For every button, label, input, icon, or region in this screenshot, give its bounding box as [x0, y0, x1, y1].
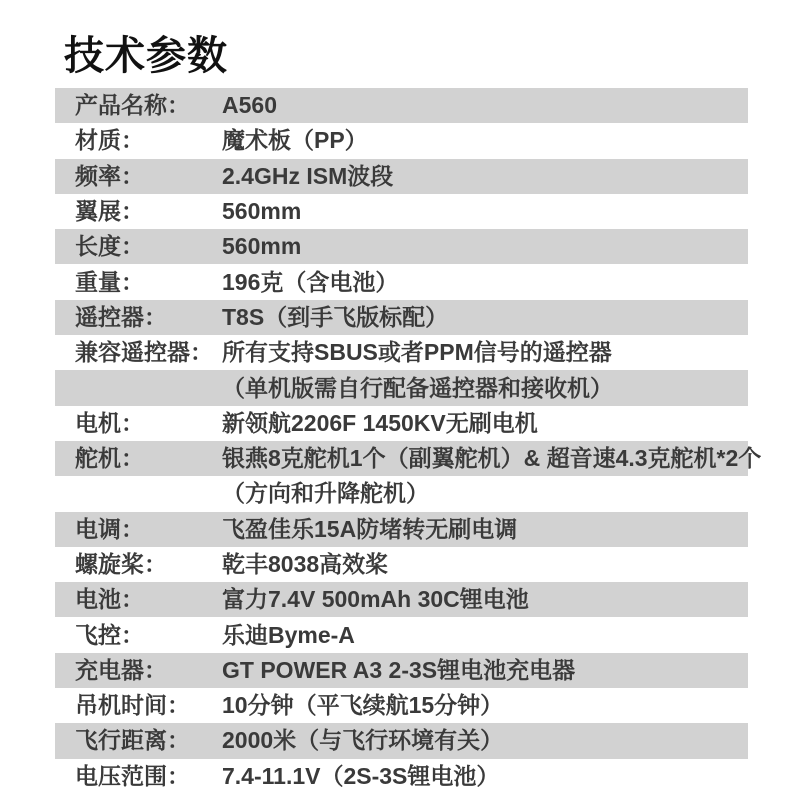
spec-value: 乐迪Byme-A: [222, 624, 748, 647]
spec-value: 7.4-11.1V（2S-3S锂电池）: [222, 765, 748, 788]
table-row: 舵机： 银燕8克舵机1个（副翼舵机）& 超音速4.3克舵机*2个: [55, 441, 748, 476]
table-row: 遥控器： T8S（到手飞版标配）: [55, 300, 748, 335]
spec-value: （单机版需自行配备遥控器和接收机）: [222, 377, 748, 400]
spec-label: 舵机：: [55, 447, 222, 470]
spec-label: 频率：: [55, 165, 222, 188]
table-row: （单机版需自行配备遥控器和接收机）: [55, 370, 748, 405]
spec-value: 富力7.4V 500mAh 30C锂电池: [222, 588, 748, 611]
spec-value: 2000米（与飞行环境有关）: [222, 729, 748, 752]
spec-label: 电调：: [55, 518, 222, 541]
spec-value: A560: [222, 94, 748, 117]
table-row: 螺旋桨： 乾丰8038高效桨: [55, 547, 748, 582]
spec-label: 吊机时间：: [55, 694, 222, 717]
spec-value: 新领航2206F 1450KV无刷电机: [222, 412, 748, 435]
spec-label: 兼容遥控器：: [55, 341, 222, 364]
spec-value: T8S（到手飞版标配）: [222, 306, 748, 329]
table-row: 翼展： 560mm: [55, 194, 748, 229]
table-row: 飞行距离： 2000米（与飞行环境有关）: [55, 723, 748, 758]
spec-label: 飞行距离：: [55, 729, 222, 752]
table-row: 产品名称： A560: [55, 88, 748, 123]
table-row: 电压范围： 7.4-11.1V（2S-3S锂电池）: [55, 759, 748, 794]
spec-page: 技术参数 产品名称： A560 材质： 魔术板（PP） 频率： 2.4GHz I…: [0, 0, 800, 800]
table-row: 电池： 富力7.4V 500mAh 30C锂电池: [55, 582, 748, 617]
table-row: 充电器： GT POWER A3 2-3S锂电池充电器: [55, 653, 748, 688]
spec-value: （方向和升降舵机）: [222, 482, 748, 505]
spec-value: 10分钟（平飞续航15分钟）: [222, 694, 748, 717]
spec-label: 电压范围：: [55, 765, 222, 788]
spec-label: 材质：: [55, 129, 222, 152]
table-row: 兼容遥控器： 所有支持SBUS或者PPM信号的遥控器: [55, 335, 748, 370]
table-row: 飞控： 乐迪Byme-A: [55, 617, 748, 652]
spec-value: 196克（含电池）: [222, 271, 748, 294]
spec-label: 电机：: [55, 412, 222, 435]
spec-value: GT POWER A3 2-3S锂电池充电器: [222, 659, 748, 682]
table-row: 长度： 560mm: [55, 229, 748, 264]
spec-value: 560mm: [222, 200, 748, 223]
spec-value: 银燕8克舵机1个（副翼舵机）& 超音速4.3克舵机*2个: [222, 447, 761, 470]
spec-label: 充电器：: [55, 659, 222, 682]
spec-value: 飞盈佳乐15A防堵转无刷电调: [222, 518, 748, 541]
spec-value: 乾丰8038高效桨: [222, 553, 748, 576]
spec-label: 长度：: [55, 235, 222, 258]
table-row: 电机： 新领航2206F 1450KV无刷电机: [55, 406, 748, 441]
spec-label: 翼展：: [55, 200, 222, 223]
spec-value: 2.4GHz ISM波段: [222, 165, 748, 188]
table-row: （方向和升降舵机）: [55, 476, 748, 511]
spec-value: 560mm: [222, 235, 748, 258]
spec-label: 电池：: [55, 588, 222, 611]
spec-label: 重量：: [55, 271, 222, 294]
table-row: 吊机时间： 10分钟（平飞续航15分钟）: [55, 688, 748, 723]
spec-label: 遥控器：: [55, 306, 222, 329]
spec-table: 产品名称： A560 材质： 魔术板（PP） 频率： 2.4GHz ISM波段 …: [55, 88, 748, 794]
page-title: 技术参数: [64, 24, 228, 81]
spec-value: 所有支持SBUS或者PPM信号的遥控器: [222, 341, 748, 364]
spec-label: 螺旋桨：: [55, 553, 222, 576]
spec-value: 魔术板（PP）: [222, 129, 748, 152]
spec-label: 产品名称：: [55, 94, 222, 117]
table-row: 材质： 魔术板（PP）: [55, 123, 748, 158]
spec-label: 飞控：: [55, 624, 222, 647]
table-row: 频率： 2.4GHz ISM波段: [55, 159, 748, 194]
table-row: 电调： 飞盈佳乐15A防堵转无刷电调: [55, 512, 748, 547]
table-row: 重量： 196克（含电池）: [55, 264, 748, 299]
